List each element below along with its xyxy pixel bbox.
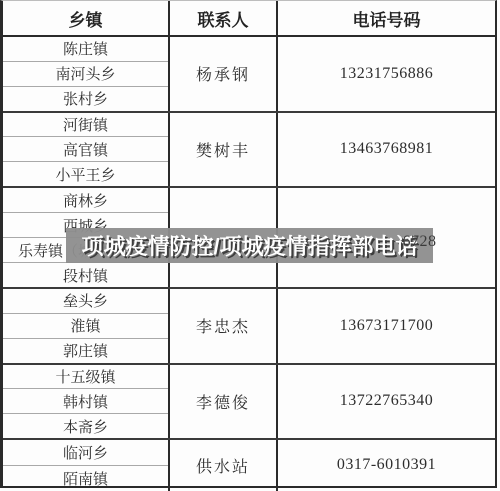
- phone-value: 13673171700: [340, 317, 434, 335]
- table-header-row: 乡镇 联系人 电话号码: [3, 1, 495, 37]
- township-cell: 淮镇: [3, 314, 168, 339]
- township-cell: 张村乡: [3, 87, 168, 111]
- contact-cell: 供水站: [170, 440, 278, 490]
- header-phone: 电话号码: [278, 1, 495, 35]
- township-cell: 陌南镇: [3, 466, 168, 491]
- township-cell: 垒头乡: [3, 289, 168, 314]
- table-body: 陈庄镇南河头乡张村乡杨承钢13231756886河街镇高官镇小平王乡樊树丰134…: [3, 37, 495, 491]
- contact-cell: 李德俊: [170, 365, 278, 439]
- township-cell: 商林乡: [3, 188, 168, 213]
- township-cell: 高官镇: [3, 137, 168, 162]
- township-column: 垒头乡淮镇郭庄镇: [3, 289, 170, 363]
- phone-cell: 0317-6010391: [278, 440, 495, 490]
- contact-cell: 樊树丰: [170, 113, 278, 187]
- table-row-group: 垒头乡淮镇郭庄镇李忠杰13673171700: [3, 289, 495, 365]
- watermark-caption-banner: 项城疫情防控/项城疫情指挥部电话: [66, 228, 433, 263]
- township-cell: 南河头乡: [3, 62, 168, 87]
- table-row-group: 陈庄镇南河头乡张村乡杨承钢13231756886: [3, 37, 495, 113]
- phone-value: 13722765340: [340, 392, 434, 410]
- township-cell: 十五级镇: [3, 365, 168, 390]
- phone-value: 13231756886: [340, 65, 434, 83]
- township-cell: 河街镇: [3, 113, 168, 138]
- township-cell: 韩村镇: [3, 389, 168, 414]
- township-cell: 小平王乡: [3, 162, 168, 186]
- phone-cell: 13673171700: [278, 289, 495, 363]
- header-township: 乡镇: [3, 1, 170, 35]
- contact-cell: 李忠杰: [170, 289, 278, 363]
- phone-cell: 13231756886: [278, 37, 495, 111]
- township-column: 十五级镇韩村镇本斋乡: [3, 365, 170, 439]
- township-cell: 临河乡: [3, 440, 168, 466]
- phone-value: 0317-6010391: [337, 456, 436, 474]
- phone-cell: 13463768981: [278, 113, 495, 187]
- table-row-group: 河街镇高官镇小平王乡樊树丰13463768981: [3, 113, 495, 189]
- table-row-group: 十五级镇韩村镇本斋乡李德俊13722765340: [3, 365, 495, 441]
- header-contact: 联系人: [170, 1, 278, 35]
- phone-cell: 13722765340: [278, 365, 495, 439]
- township-column: 临河乡陌南镇: [3, 440, 170, 490]
- document-page: 乡镇 联系人 电话号码 陈庄镇南河头乡张村乡杨承钢13231756886河街镇高…: [0, 0, 500, 491]
- township-column: 陈庄镇南河头乡张村乡: [3, 37, 170, 111]
- township-cell: 郭庄镇: [3, 339, 168, 363]
- township-cell: 段村镇: [3, 263, 168, 287]
- phone-value: 6728: [403, 233, 437, 251]
- township-cell: 本斋乡: [3, 414, 168, 438]
- phone-value: 13463768981: [340, 140, 434, 158]
- contact-cell: 杨承钢: [170, 37, 278, 111]
- township-cell: 陈庄镇: [3, 37, 168, 62]
- watermark-caption-text: 项城疫情防控/项城疫情指挥部电话: [81, 230, 417, 261]
- township-column: 河街镇高官镇小平王乡: [3, 113, 170, 187]
- table-row-group: 临河乡陌南镇供水站0317-6010391: [3, 440, 495, 490]
